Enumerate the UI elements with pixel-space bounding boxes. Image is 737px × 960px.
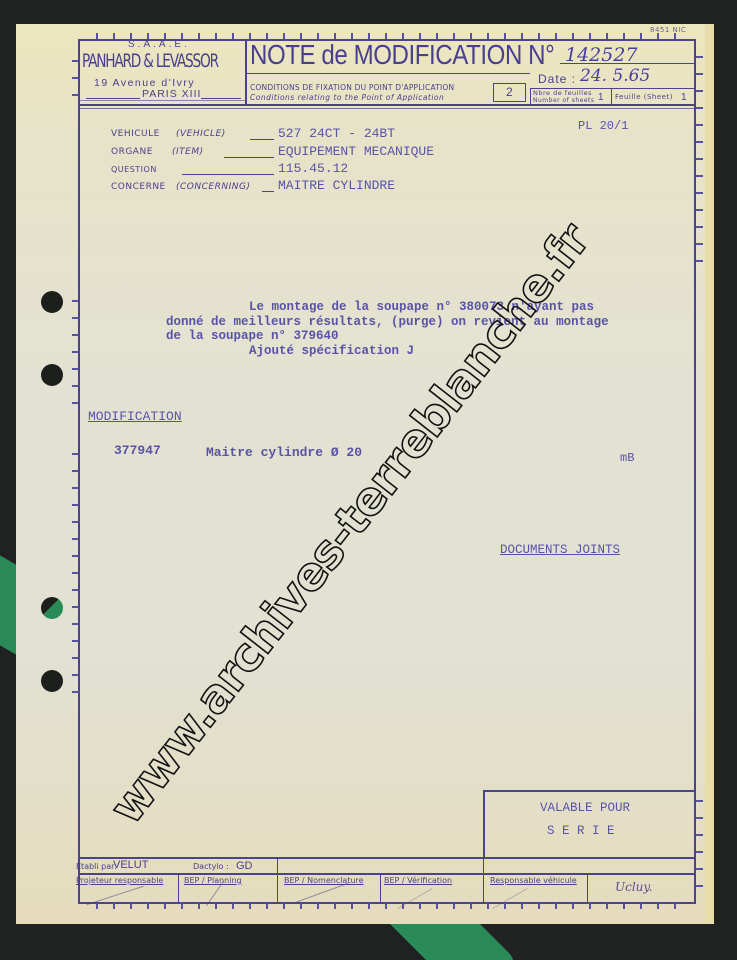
etabli-value: VELUT (113, 859, 148, 871)
company-abbrev: S.A.A.E. (128, 39, 190, 50)
header-bottom-line-double (78, 108, 696, 109)
signature-final: Ucluy. (615, 880, 652, 894)
field-label-en: (VEHICLE) (176, 129, 226, 139)
punch-hole (41, 291, 63, 313)
conditions-label-fr: CONDITIONS DE FIXATION DU POINT D'APPLIC… (250, 83, 454, 92)
company-name: PANHARD & LEVASSOR (82, 50, 218, 72)
sheet-box-divider (611, 88, 612, 105)
field-value: MAITRE CYLINDRE (278, 178, 395, 193)
conditions-value: 2 (506, 85, 513, 99)
city-rule-left (86, 98, 140, 99)
field-label: ORGANE (111, 147, 153, 157)
punch-hole (41, 597, 63, 619)
footer-divider-4 (380, 873, 381, 904)
field-rule (182, 174, 274, 175)
field-rule (250, 139, 274, 140)
conditions-label-en: Conditions relating to the Point of Appl… (250, 93, 444, 102)
footer-divider-3 (178, 873, 179, 904)
field-label: CONCERNE (111, 182, 166, 192)
company-city: PARIS XIII (142, 88, 201, 100)
field-label-en: (ITEM) (172, 147, 204, 157)
field-rule (224, 157, 274, 158)
sheets-box-divider (530, 88, 531, 105)
sheet-label: Feuille (Sheet) (615, 93, 673, 101)
background-green-stripe-bottom (390, 924, 520, 960)
sheet-edge (705, 24, 714, 924)
field-label: VEHICULE (111, 129, 160, 139)
footer-mid-line (78, 873, 696, 875)
field-value: 115.45.12 (278, 161, 348, 176)
footer-cell-nomenclature: BEP / Nomenclature (284, 876, 364, 885)
dactylo-value: GD (236, 860, 253, 872)
part-description: Maitre cylindre Ø 20 (206, 445, 362, 460)
page-title: NOTE de MODIFICATION N° (250, 39, 554, 71)
body-line-4: Ajouté spécification J (249, 344, 414, 358)
sheets-value: 1 (598, 92, 604, 103)
field-label-en: (CONCERNING) (176, 182, 250, 192)
footer-cell-verification: BEP / Vérification (384, 876, 452, 885)
modification-heading: MODIFICATION (88, 409, 182, 424)
sheets-label-fr: Nbre de feuilles (533, 89, 592, 97)
footer-divider-2 (483, 857, 484, 904)
punch-hole (41, 364, 63, 386)
field-label: QUESTION (111, 165, 157, 174)
footer-top-line (78, 857, 696, 859)
sheet-value: 1 (681, 92, 687, 103)
part-number: 377947 (114, 443, 161, 458)
footer-cell-projeteur: Projeteur responsable (76, 876, 163, 885)
part-code: mB (620, 451, 634, 465)
validity-line-2: S E R I E (547, 824, 615, 838)
reference-code: PL 20/1 (578, 119, 628, 133)
footer-cell-planning: BEP / Planning (184, 876, 242, 885)
field-value: 527 24CT - 24BT (278, 126, 395, 141)
documents-joints-heading: DOCUMENTS JOINTS (500, 543, 620, 557)
footer-cell-responsable: Responsable véhicule (490, 876, 577, 885)
form-code: 8451 NIC (650, 26, 686, 34)
background-green-stripe-left (0, 555, 16, 654)
date-label: Date : (538, 72, 576, 86)
date-value: 24. 5.65 (580, 66, 650, 86)
dactylo-label: Dactylo : (193, 862, 229, 871)
validity-box-left (483, 790, 485, 858)
company-underline (78, 100, 245, 101)
validity-line-1: VALABLE POUR (540, 801, 630, 815)
validity-box-top (483, 790, 696, 792)
body-line-3: de la soupape n° 379640 (166, 329, 339, 343)
sheets-label-en: Number of sheets (533, 97, 595, 104)
etabli-label: Etabli par: (76, 862, 117, 871)
field-value: EQUIPEMENT MECANIQUE (278, 144, 434, 159)
punch-hole (41, 670, 63, 692)
city-rule-right (201, 98, 241, 99)
footer-divider-1 (277, 857, 278, 904)
field-rule (262, 191, 274, 192)
header-divider-vertical (245, 39, 247, 105)
footer-divider-5 (587, 873, 588, 904)
header-bottom-line (78, 104, 696, 106)
note-number: 142527 (565, 44, 638, 66)
title-underline (245, 73, 530, 74)
